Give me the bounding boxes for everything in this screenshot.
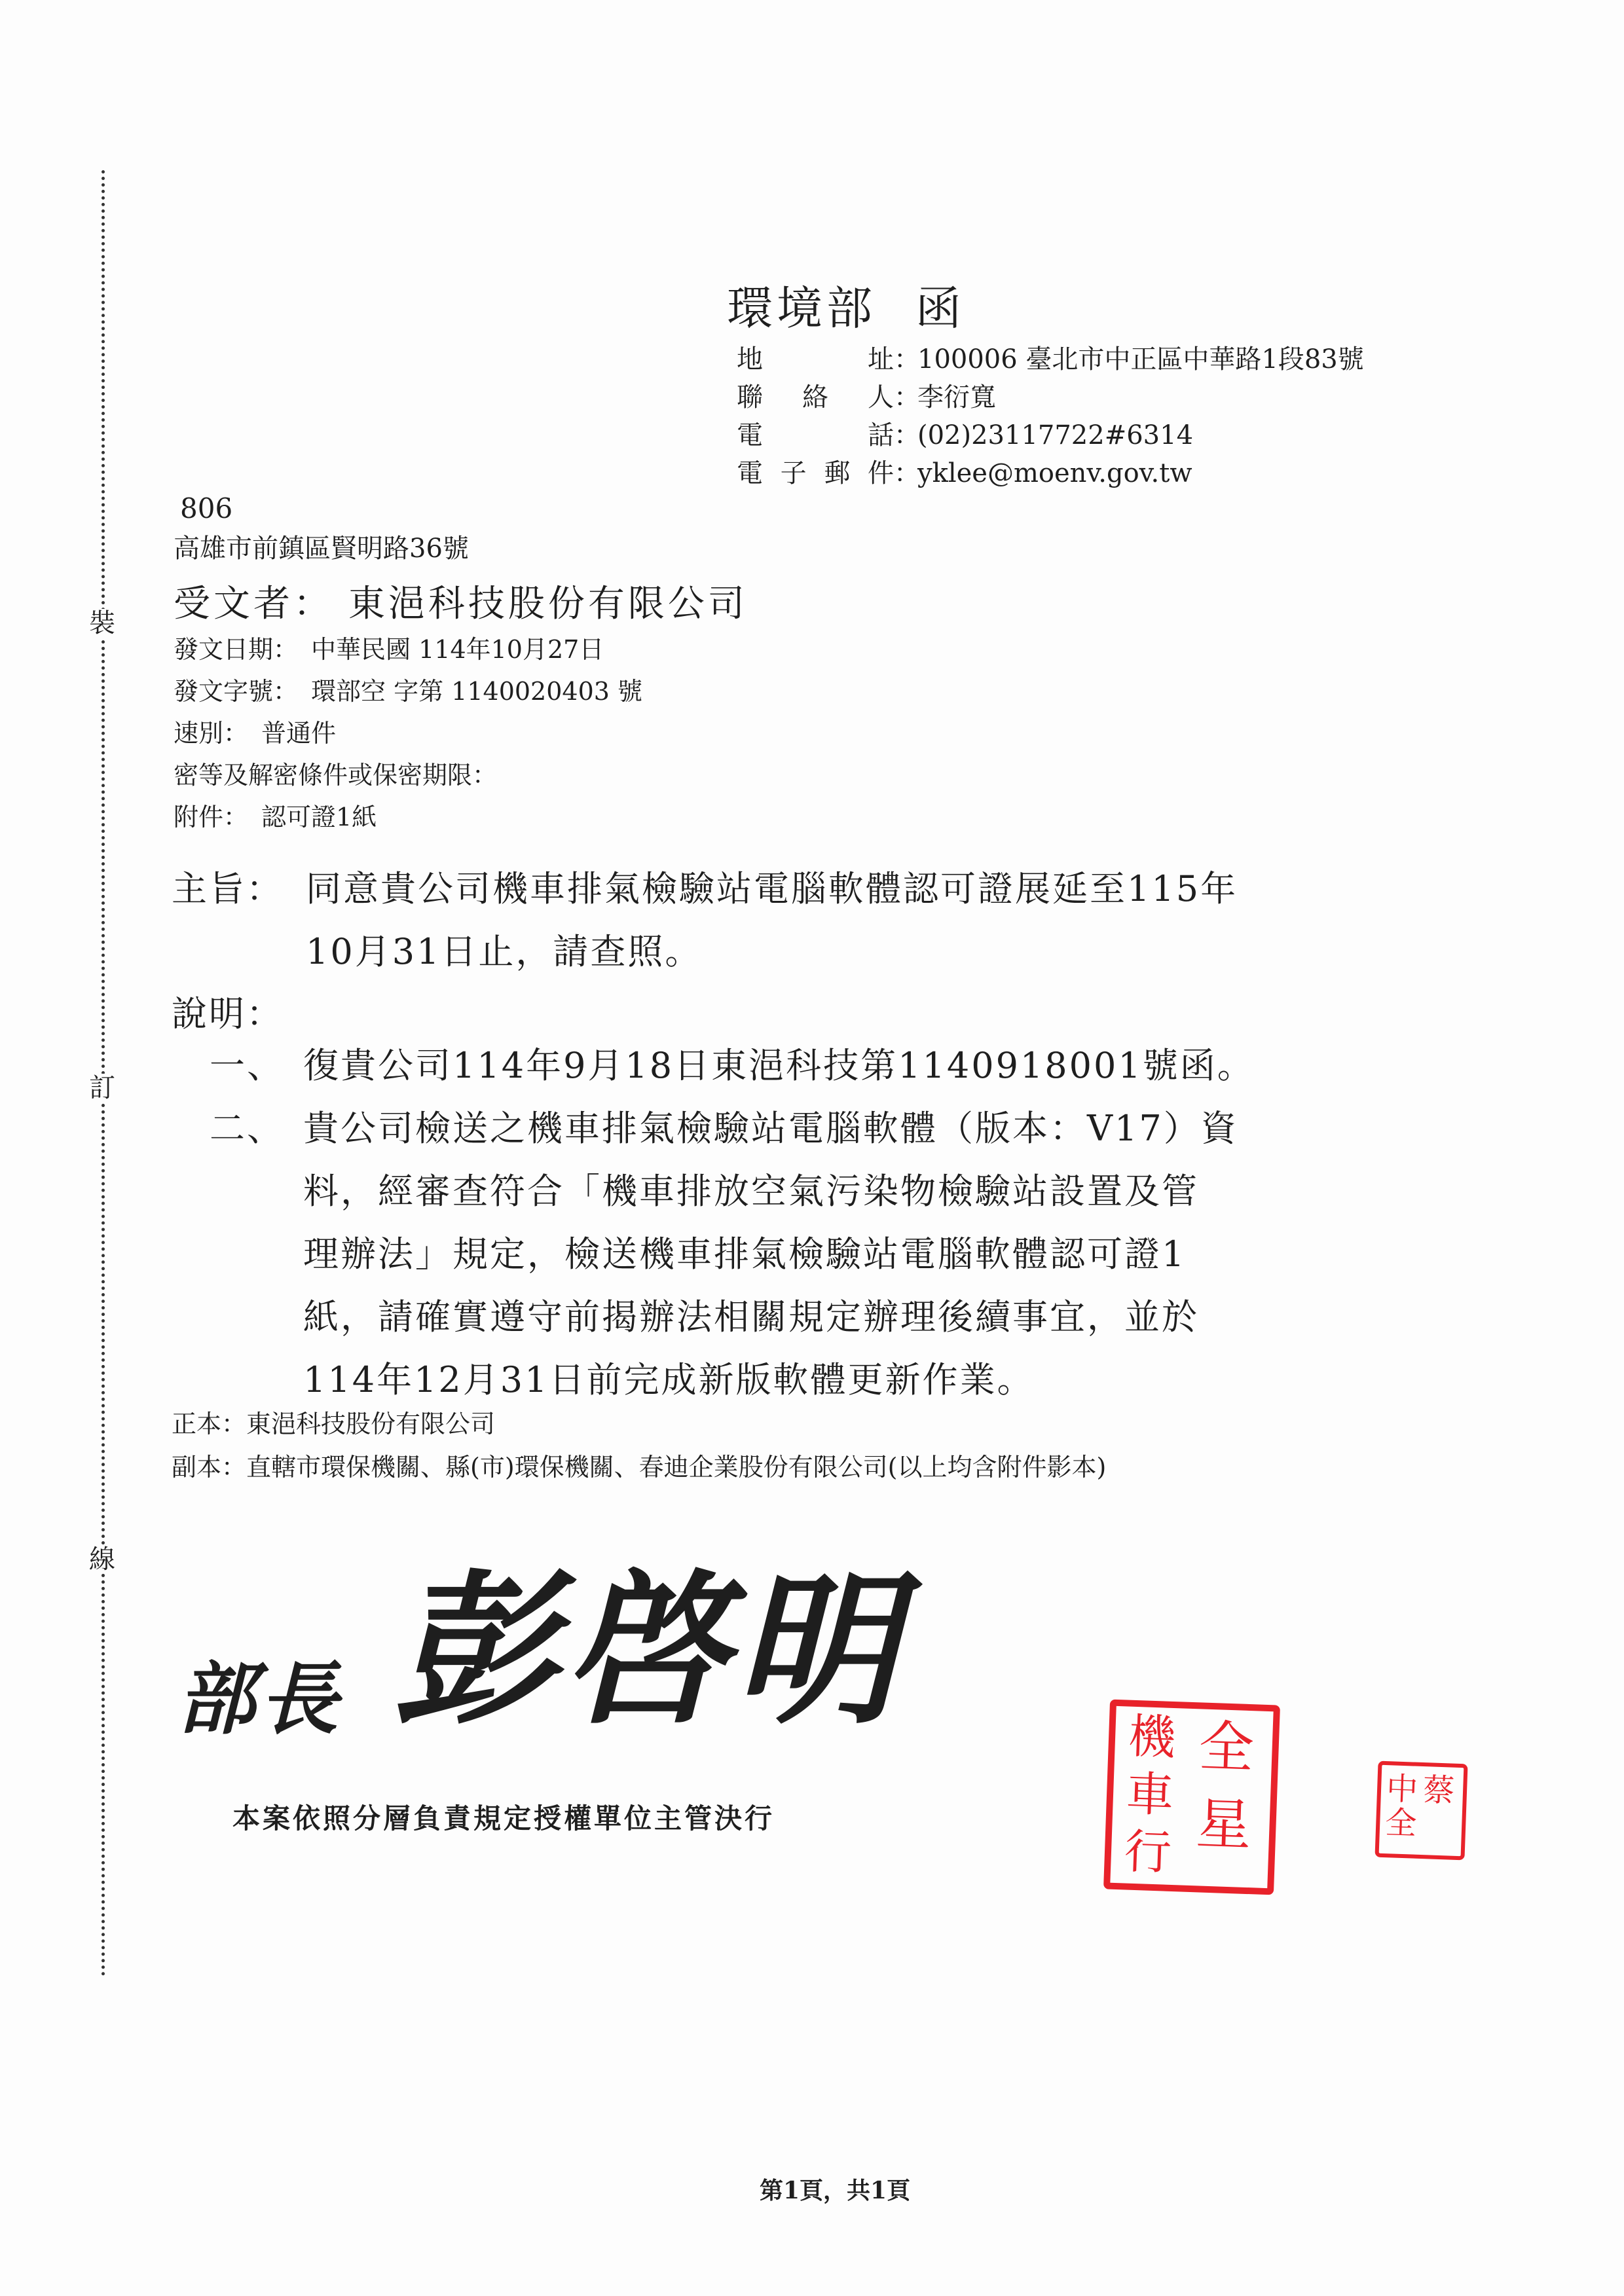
explanation-item-2: 二、 貴公司檢送之機車排氣檢驗站電腦軟體（版本：V17）資 料，經審查符合「機車… bbox=[210, 1097, 1255, 1412]
explanation-items: 一、 復貴公司114年9月18日東浥科技第1140918001號函。 二、 貴公… bbox=[210, 1034, 1255, 1412]
page-indicator: 第1頁，共1頁 bbox=[760, 2172, 910, 2206]
signature-name: 彭啓明 bbox=[393, 1565, 904, 1735]
meta-attachment: 附件：認可證1紙 bbox=[174, 796, 642, 838]
binding-char-xian: 線 bbox=[89, 1545, 115, 1574]
contact-email-value: yklee@moenv.gov.tw bbox=[917, 454, 1192, 492]
contact-person-value: 李衍寬 bbox=[917, 378, 996, 416]
meta-speed: 速別：普通件 bbox=[174, 712, 642, 754]
contact-person-row: 聯絡人 ： 李衍寬 bbox=[737, 378, 1364, 416]
personal-seal-small: 蔡 全 中 bbox=[1375, 1761, 1467, 1861]
subject-line-1: 同意貴公司機車排氣檢驗站電腦軟體認可證展延至115年 bbox=[306, 858, 1238, 920]
subject-line-2: 10月31日止，請查照。 bbox=[306, 920, 702, 983]
contact-block: 地址 ： 100006 臺北市中正區中華路1段83號 聯絡人 ： 李衍寬 電話 … bbox=[737, 340, 1364, 492]
doc-type: 函 bbox=[915, 282, 965, 335]
recipient-name: 東浥科技股份有限公司 bbox=[348, 583, 748, 625]
contact-person-label: 聯絡人 bbox=[737, 378, 894, 416]
contact-address-row: 地址 ： 100006 臺北市中正區中華路1段83號 bbox=[737, 340, 1364, 378]
meta-classification: 密等及解密條件或保密期限： bbox=[174, 754, 642, 796]
recipient-line: 受文者： 東浥科技股份有限公司 bbox=[174, 575, 748, 627]
meta-issue-date: 發文日期：中華民國 114年10月27日 bbox=[174, 629, 642, 670]
recipient-zip: 806 bbox=[180, 492, 232, 524]
meta-doc-number: 發文字號：環部空 字第 1140020403 號 bbox=[174, 670, 642, 712]
binding-char-ding: 訂 bbox=[89, 1074, 115, 1102]
document-title: 環境部函 bbox=[727, 272, 965, 338]
contact-address-value: 100006 臺北市中正區中華路1段83號 bbox=[917, 340, 1364, 378]
carbon-copy: 副本：直轄市環保機關、縣(市)環保機關、春迪企業股份有限公司(以上均含附件影本) bbox=[172, 1446, 1106, 1489]
explanation-item-1: 一、 復貴公司114年9月18日東浥科技第1140918001號函。 bbox=[210, 1034, 1255, 1097]
document-meta: 發文日期：中華民國 114年10月27日 發文字號：環部空 字第 1140020… bbox=[174, 629, 642, 838]
original-recipient: 正本：東浥科技股份有限公司 bbox=[172, 1402, 1106, 1446]
delegation-note: 本案依照分層負責規定授權單位主管決行 bbox=[232, 1797, 775, 1836]
binding-char-zhuang: 裝 bbox=[89, 609, 115, 638]
recipient-label: 受文者： bbox=[174, 583, 333, 625]
subject-label: 主旨： bbox=[172, 858, 306, 920]
company-seal-large: 全 星 機 車 行 bbox=[1103, 1700, 1280, 1895]
contact-address-label: 地址 bbox=[737, 340, 894, 378]
agency-name: 環境部 bbox=[727, 282, 876, 335]
contact-phone-value: (02)23117722#6314 bbox=[917, 416, 1193, 454]
recipient-address: 高雄市前鎮區賢明路36號 bbox=[174, 528, 469, 565]
contact-email-row: 電子郵件 ： yklee@moenv.gov.tw bbox=[737, 454, 1364, 492]
contact-phone-row: 電話 ： (02)23117722#6314 bbox=[737, 416, 1364, 454]
distribution-list: 正本：東浥科技股份有限公司 副本：直轄市環保機關、縣(市)環保機關、春迪企業股份… bbox=[172, 1402, 1106, 1489]
explanation-label: 說明： bbox=[172, 986, 284, 1036]
signature-title: 部長 bbox=[177, 1637, 342, 1749]
contact-email-label: 電子郵件 bbox=[737, 454, 894, 492]
contact-phone-label: 電話 bbox=[737, 416, 894, 454]
subject-section: 主旨： 同意貴公司機車排氣檢驗站電腦軟體認可證展延至115年 10月31日止，請… bbox=[172, 858, 1238, 983]
